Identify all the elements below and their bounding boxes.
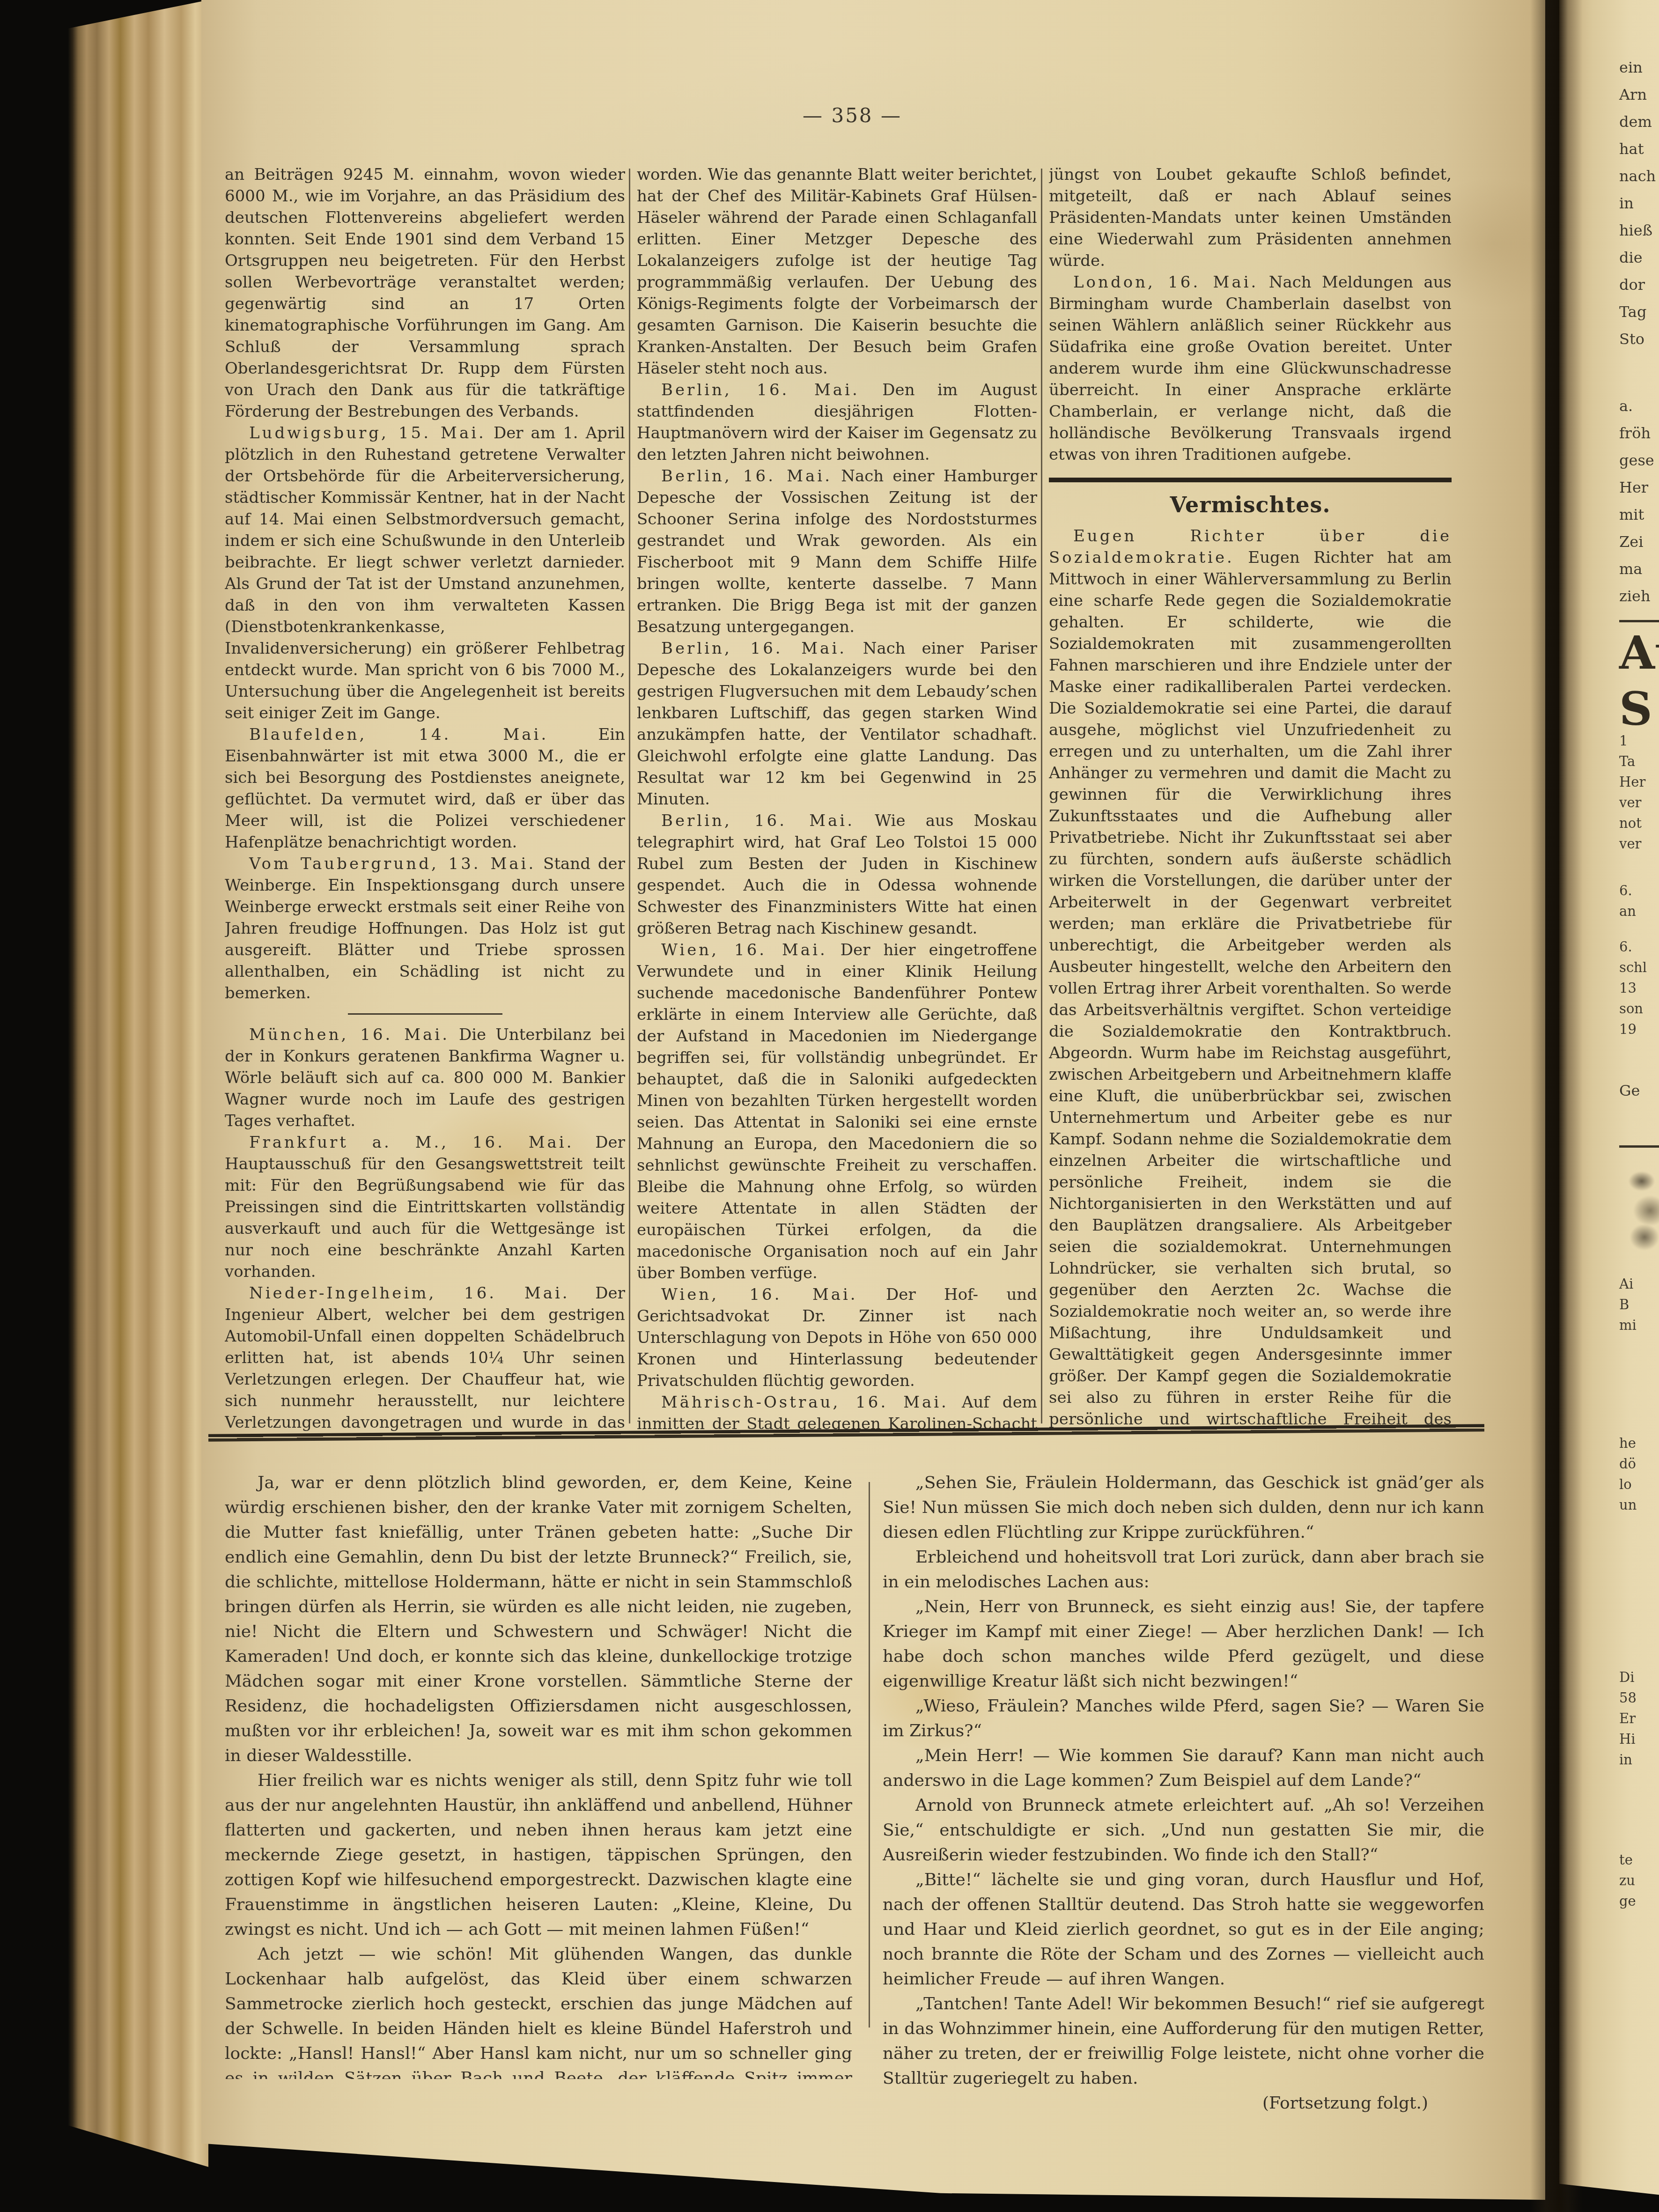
next-page-fragment-line: S [1619, 686, 1659, 733]
next-page-fragment-line: Arn [1619, 81, 1659, 108]
next-page-fragment-line: 19 [1619, 1019, 1659, 1040]
next-page-fragment-line: Zei [1619, 528, 1659, 555]
news-continuation-paragraph: an Beiträgen 9245 M. einnahm, wovon wied… [225, 164, 625, 422]
next-page-fragment-line: son [1619, 998, 1659, 1019]
next-page-fragment-group: Di58ErHiin [1619, 1667, 1659, 1770]
news-column-1: an Beiträgen 9245 M. einnahm, wovon wied… [225, 164, 625, 1433]
feuilleton-paragraph: „Bitte!“ lächelte sie und ging voran, du… [883, 1867, 1484, 1991]
next-page-fragment-line: un [1619, 1495, 1659, 1515]
next-page-fragment-line: ein [1619, 54, 1659, 81]
next-page-fragment-line: die [1619, 244, 1659, 271]
news-item: Eugen Richter über die Sozialdemokratie.… [1049, 525, 1452, 1433]
feuilleton-paragraph: „Mein Herr! — Wie kommen Sie darauf? Kan… [883, 1743, 1484, 1793]
news-item-dateline: London, 16. Mai. [1073, 273, 1258, 292]
news-item-dateline: Vom Taubergrund, 13. Mai. [249, 855, 536, 873]
next-page-fragment-line: lo [1619, 1474, 1659, 1495]
feuilleton-paragraph: „Sehen Sie, Fräulein Holdermann, das Ges… [883, 1470, 1484, 1545]
next-page-fragment-group: 1TaHervernotver [1619, 730, 1659, 854]
feuilleton-paragraph: Arnold von Brunneck atmete erleichtert a… [883, 1793, 1484, 1867]
next-page-fragment-line: te [1619, 1850, 1659, 1870]
next-page-fragment-rule [1619, 1145, 1659, 1148]
news-item: Berlin, 16. Mai. Nach einer Pariser Depe… [637, 638, 1037, 810]
next-page-fragment-line: B [1619, 1294, 1659, 1315]
next-page-fragment-line: ver [1619, 792, 1659, 813]
news-item-dateline: Berlin, 16. Mai. [661, 811, 855, 830]
news-item-dateline: Berlin, 16. Mai. [661, 381, 860, 399]
next-page-fragment-rule [1619, 620, 1659, 622]
next-page-fragment-line: he [1619, 1433, 1659, 1453]
next-page-fragment-group: S [1619, 686, 1659, 733]
next-page-fragment-group: 6.schl13son19 [1619, 936, 1659, 1040]
next-page-fragment-line: Er [1619, 1708, 1659, 1729]
next-page-fragment-line: mit [1619, 501, 1659, 528]
news-item-dateline: Berlin, 16. Mai. [661, 467, 832, 486]
continuation-note: (Fortsetzung folgt.) [883, 2091, 1484, 2116]
next-page-fragment-line: zieh [1619, 582, 1659, 610]
next-page-fragment-line: Hi [1619, 1729, 1659, 1749]
news-item: Ludwigsburg, 15. Mai. Der am 1. April pl… [225, 422, 625, 724]
next-page-fragment-group: einArndemhatnachinhießdiedorTagSto [1619, 54, 1659, 353]
next-page-fragment-line: 6. [1619, 880, 1659, 901]
next-page-fragment-line: not [1619, 813, 1659, 833]
next-page-fragment-line: dor [1619, 271, 1659, 298]
next-page-fragment-line: Ta [1619, 751, 1659, 772]
next-page-fragment-line: in [1619, 190, 1659, 217]
news-item-dateline: Wien, 16. Mai. [661, 1285, 858, 1304]
news-item: München, 16. Mai. Die Unterbilanz bei de… [225, 1024, 625, 1132]
next-page-fragment-line: Au [1619, 630, 1659, 677]
next-page-fragment-group: hedöloun [1619, 1433, 1659, 1515]
next-page-fragment-line: dö [1619, 1453, 1659, 1474]
feuilleton-paragraph: „Wieso, Fräulein? Manches wilde Pferd, s… [883, 1694, 1484, 1743]
book-gutter-shadow [1530, 0, 1583, 2212]
next-page-fragment-group: Ge [1619, 1077, 1659, 1104]
next-page-fragment-line: ver [1619, 833, 1659, 854]
page-number: — 358 — [225, 104, 1480, 127]
news-item: Wien, 16. Mai. Der hier eingetroffene Ve… [637, 939, 1037, 1284]
next-page-fragment-group [1619, 617, 1659, 625]
next-page-fragment-line: zu [1619, 1870, 1659, 1891]
newspaper-page: — 358 — an Beiträgen 9245 M. einnahm, wo… [201, 0, 1545, 2212]
news-item: Wien, 16. Mai. Der Hof- und Gerichtsadvo… [637, 1284, 1037, 1392]
next-page-fragment-group: tezuge [1619, 1850, 1659, 1911]
news-item: Berlin, 16. Mai. Nach einer Hamburger De… [637, 465, 1037, 638]
next-page-ornament [1619, 1157, 1659, 1255]
next-page-fragment-group [1619, 1157, 1659, 1255]
news-column-3: jüngst von Loubet gekaufte Schloß befind… [1049, 164, 1452, 1433]
next-page-fragment-line: ma [1619, 555, 1659, 582]
feuilleton-column-divider [869, 1482, 870, 2028]
next-page-fragment-line: Tag [1619, 298, 1659, 325]
news-item-dateline: Eugen Richter über die Sozialdemokratie. [1049, 527, 1452, 567]
vermischtes-heading: Vermischtes. [1049, 492, 1452, 518]
next-page-fragment-group: AiBmi [1619, 1274, 1659, 1335]
next-page-fragment-group: 6.an⁠ [1619, 880, 1659, 922]
next-page-fragment-line: 6. [1619, 936, 1659, 957]
feuilleton-paragraph: Ach jetzt — wie schön! Mit glühenden Wan… [225, 1942, 852, 2079]
next-page-fragment-line: dem [1619, 108, 1659, 135]
news-column-2: worden. Wie das genannte Blatt weiter be… [637, 164, 1037, 1433]
next-page-fragment-group: Au [1619, 630, 1659, 677]
news-item-dateline: Mährisch-Ostrau, 16. Mai. [661, 1393, 949, 1412]
feuilleton-column-left: Ja, war er denn plötzlich blind geworden… [225, 1470, 852, 2079]
news-item-dateline: Nieder-Ingelheim, 16. Mai. [249, 1284, 570, 1303]
feuilleton-column-right: „Sehen Sie, Fräulein Holdermann, das Ges… [883, 1470, 1484, 2140]
next-page-fragment-line: in [1619, 1749, 1659, 1770]
next-page-fragment-line: schl [1619, 957, 1659, 978]
news-item: London, 16. Mai. Nach Meldungen aus Birm… [1049, 272, 1452, 465]
news-item-dateline: Blaufelden, 14. Mai. [249, 725, 548, 744]
news-item: Vom Taubergrund, 13. Mai. Stand der Wein… [225, 853, 625, 1004]
next-page-fragment-line: a. [1619, 392, 1659, 420]
news-item: Mährisch-Ostrau, 16. Mai. Auf dem inmitt… [637, 1392, 1037, 1433]
news-item-dateline: München, 16. Mai. [249, 1025, 450, 1044]
next-page-fragment-line: mi [1619, 1315, 1659, 1335]
feuilleton-paragraph: „Nein, Herr von Brunneck, es sieht einzi… [883, 1594, 1484, 1694]
feuilleton-paragraph: Hier freilich war es nichts weniger als … [225, 1768, 852, 1942]
next-page-fragment-line: hat [1619, 135, 1659, 162]
news-item: Nieder-Ingelheim, 16. Mai. Der Ingenieur… [225, 1283, 625, 1433]
next-page-fragment-group: a.fröhgeseHermitZeimazieh [1619, 392, 1659, 610]
next-page-fragment-line: Her [1619, 474, 1659, 501]
next-page-fragment-line: 13 [1619, 978, 1659, 998]
next-page-fragment-line: gese [1619, 447, 1659, 474]
book-photo: { "page": { "number": "— 358 —" }, "news… [0, 0, 1659, 2212]
news-continuation-paragraph: jüngst von Loubet gekaufte Schloß befind… [1049, 164, 1452, 272]
next-page-fragment-line: Ge [1619, 1077, 1659, 1104]
next-page-fragment-line: nach [1619, 162, 1659, 190]
news-continuation-paragraph: worden. Wie das genannte Blatt weiter be… [637, 164, 1037, 379]
news-item: Blaufelden, 14. Mai. Ein Eisenbahnwärter… [225, 724, 625, 853]
next-page-fragment-line: an⁠ [1619, 901, 1659, 922]
next-page-fragment-line: Her [1619, 772, 1659, 792]
next-page-fragment-line: hieß [1619, 217, 1659, 244]
vermischtes-section-rule [1049, 478, 1452, 482]
news-item-dateline: Wien, 16. Mai. [661, 941, 827, 959]
column-divider-1 [629, 169, 630, 1423]
column-divider-2 [1041, 169, 1042, 1423]
feuilleton-paragraph: Ja, war er denn plötzlich blind geworden… [225, 1470, 852, 1768]
next-page-fragment-line: 1 [1619, 730, 1659, 751]
next-page-fragment-line: Di [1619, 1667, 1659, 1688]
news-item-dateline: Frankfurt a. M., 16. Mai. [249, 1133, 574, 1152]
next-page-fragment-line: Ai [1619, 1274, 1659, 1294]
news-item-dateline: Berlin, 16. Mai. [661, 639, 847, 658]
next-page-fragment-line: fröh [1619, 420, 1659, 447]
news-item: Frankfurt a. M., 16. Mai. Der Hauptaussc… [225, 1132, 625, 1283]
next-page-fragment-line: Sto [1619, 325, 1659, 353]
page-stack-edges [68, 0, 208, 2184]
news-item: Berlin, 16. Mai. Wie aus Moskau telegrap… [637, 810, 1037, 939]
next-page-fragment-group [1619, 1143, 1659, 1150]
feuilleton-paragraph: „Tantchen! Tante Adel! Wir bekommen Besu… [883, 1991, 1484, 2091]
next-page-fragment-line: 58 [1619, 1688, 1659, 1708]
news-item-dateline: Ludwigsburg, 15. Mai. [249, 424, 486, 442]
next-page-fragment-line: ge [1619, 1891, 1659, 1911]
feuilleton-paragraph: Erbleichend und hoheitsvoll trat Lori zu… [883, 1545, 1484, 1594]
news-item-separator-rule [348, 1013, 502, 1015]
news-item: Berlin, 16. Mai. Den im August stattfind… [637, 379, 1037, 465]
